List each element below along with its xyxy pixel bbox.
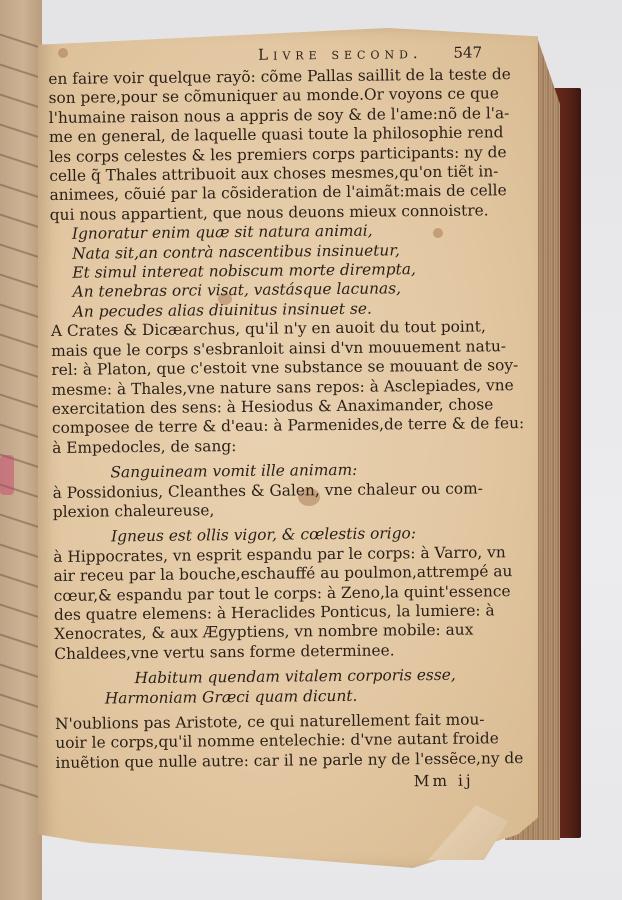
- text-line: inuẽtion que nulle autre: car il ne parl…: [55, 749, 505, 773]
- page-text: Livre second. 547 en faire voir quelque …: [48, 43, 506, 795]
- page-header: Livre second. 547: [48, 43, 498, 68]
- signature-mark: Mm ij: [414, 771, 506, 791]
- running-head: Livre second.: [258, 44, 423, 66]
- pink-marker: [0, 455, 14, 495]
- facing-page-edge: [0, 0, 42, 900]
- page-number: 547: [453, 43, 482, 63]
